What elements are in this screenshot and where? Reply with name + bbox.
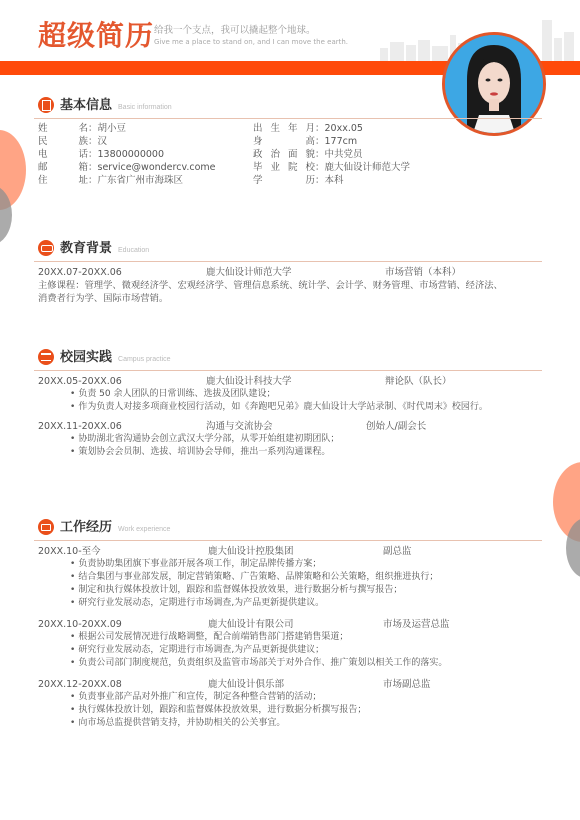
section-title: 基本信息 [60, 98, 112, 113]
education-major: 市场营销（本科） [385, 266, 461, 279]
bullet-item: 负责公司部门制度规范，负责组织及监管市场部关于对外合作、推广策划以相关工作的落实… [70, 657, 447, 670]
info-row-political: 政治面貌：中共党员 [253, 148, 410, 161]
bullet-item: 负责事业部产品对外推广和宣传，制定各种整合营销的活动； [70, 691, 366, 704]
campus-2-org: 沟通与交流协会 [206, 420, 273, 433]
bullet-item: 策划协会会员制、选拔、培训协会导师，推出一系列沟通课程。 [70, 446, 339, 459]
info-row-phone: 电话：13800000000 [38, 148, 215, 161]
bullet-item: 负责协助集团旗下事业部开展各项工作，制定品牌传播方案； [70, 558, 438, 571]
info-row-ethnicity: 民族：汉 [38, 135, 215, 148]
section-title: 校园实践 [60, 350, 112, 365]
slogan-english: Give me a place to stand on, and I can m… [154, 38, 348, 46]
section-subtitle: Campus practice [118, 356, 171, 363]
basic-info-left-column: 姓名：胡小豆 民族：汉 电话：13800000000 邮箱：service@wo… [38, 122, 215, 187]
bullet-item: 制定和执行媒体投放计划，跟踪和监督媒体投放效果，进行数据分析与撰写报告； [70, 584, 438, 597]
work-2-role: 市场及运营总监 [383, 618, 450, 631]
bullet-item: 作为负责人对接多项商业校园行活动，如《奔跑吧兄弟》鹿大仙设计大学站录制、《时代周… [70, 401, 488, 414]
profile-photo [442, 32, 546, 136]
work-3-period: 20XX.12-20XX.08 [38, 678, 122, 691]
work-1-bullets: 负责协助集团旗下事业部开展各项工作，制定品牌传播方案； 结合集团与事业部发展，制… [70, 558, 438, 610]
education-courses-line1: 主修课程：管理学、微观经济学、宏观经济学、管理信息系统、统计学、会计学、财务管理… [38, 279, 503, 292]
section-subtitle: Basic information [118, 104, 172, 111]
bullet-item: 根据公司发展情况进行战略调整，配合前端销售部门搭建销售渠道； [70, 631, 447, 644]
section-divider [34, 261, 542, 262]
work-2-period: 20XX.10-20XX.09 [38, 618, 122, 631]
bullet-item: 结合集团与事业部发展，制定营销策略、广告策略、品牌策略和公关策略，组织推进执行； [70, 571, 438, 584]
section-divider [34, 370, 542, 371]
work-3-org: 鹿大仙设计俱乐部 [208, 678, 284, 691]
info-row-degree: 学历：本科 [253, 174, 410, 187]
building-icon [38, 349, 54, 365]
info-row-name: 姓名：胡小豆 [38, 122, 215, 135]
bullet-item: 负责 50 余人团队的日常训练、选拔及团队建设； [70, 388, 488, 401]
info-row-height: 身高：177cm [253, 135, 410, 148]
briefcase-icon [38, 519, 54, 535]
education-school: 鹿大仙设计师范大学 [206, 266, 292, 279]
work-3-bullets: 负责事业部产品对外推广和宣传，制定各种整合营销的活动； 执行媒体投放计划，跟踪和… [70, 691, 366, 730]
info-row-school: 毕业院校：鹿大仙设计师范大学 [253, 161, 410, 174]
campus-2-role: 创始人/副会长 [366, 420, 426, 433]
work-1-org: 鹿大仙设计控股集团 [208, 545, 294, 558]
work-2-org: 鹿大仙设计有限公司 [208, 618, 294, 631]
bullet-item: 研究行业发展动态，定期进行市场调查,为产品更新提供建议。 [70, 597, 438, 610]
info-row-birth: 出生年月：20xx.05 [253, 122, 410, 135]
brand-title: 超级简历 [38, 14, 154, 54]
section-title: 工作经历 [60, 520, 112, 535]
campus-1-bullets: 负责 50 余人团队的日常训练、选拔及团队建设； 作为负责人对接多项商业校园行活… [70, 388, 488, 414]
section-subtitle: Education [118, 247, 149, 254]
bullet-item: 执行媒体投放计划，跟踪和监督媒体投放效果，进行数据分析撰写报告； [70, 704, 366, 717]
campus-1-org: 鹿大仙设计科技大学 [206, 375, 292, 388]
slogan-chinese: 给我一个支点，我可以撬起整个地球。 [154, 22, 316, 36]
work-1-role: 副总监 [383, 545, 412, 558]
work-2-bullets: 根据公司发展情况进行战略调整，配合前端销售部门搭建销售渠道； 研究行业发展动态，… [70, 631, 447, 670]
bullet-item: 研究行业发展动态，定期进行市场调查,为产品更新提供建议； [70, 644, 447, 657]
section-subtitle: Work experience [118, 526, 170, 533]
bullet-item: 向市场总监提供营销支持，并协助相关的公关事宜。 [70, 717, 366, 730]
section-divider [34, 540, 542, 541]
section-title: 教育背景 [60, 241, 112, 256]
campus-1-period: 20XX.05-20XX.06 [38, 375, 122, 388]
info-row-address: 住址：广东省广州市海珠区 [38, 174, 215, 187]
education-period: 20XX.07-20XX.06 [38, 266, 122, 279]
work-1-period: 20XX.10-至今 [38, 545, 101, 558]
basic-info-right-column: 出生年月：20xx.05 身高：177cm 政治面貌：中共党员 毕业院校：鹿大仙… [253, 122, 410, 187]
bullet-item: 协助湖北省沟通协会创立武汉大学分部，从零开始组建初期团队； [70, 433, 339, 446]
work-3-role: 市场副总监 [383, 678, 431, 691]
education-courses-line2: 消费者行为学、国际市场营销。 [38, 292, 168, 305]
campus-1-role: 辩论队（队长） [385, 375, 452, 388]
campus-2-period: 20XX.11-20XX.06 [38, 420, 122, 433]
section-divider [34, 118, 542, 119]
info-row-email: 邮箱：service@wondercv.come [38, 161, 215, 174]
id-card-icon [38, 97, 54, 113]
campus-2-bullets: 协助湖北省沟通协会创立武汉大学分部，从零开始组建初期团队； 策划协会会员制、选拔… [70, 433, 339, 459]
graduation-cap-icon [38, 240, 54, 256]
